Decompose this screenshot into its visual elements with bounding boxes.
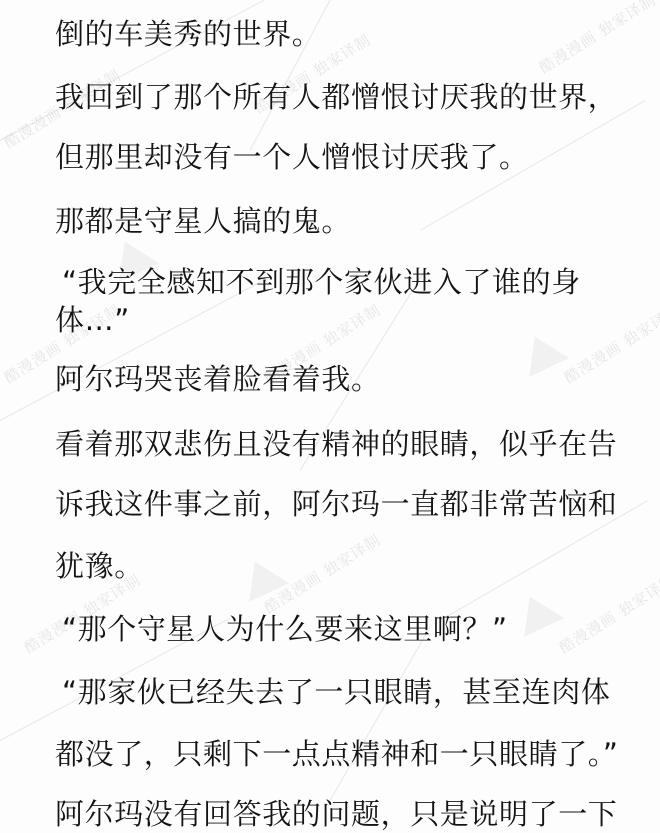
watermark-text: 酷漫漫画 独家译制 [555,569,660,658]
document-page: 酷漫漫画 独家译制 酷漫漫画 独家译制 酷漫漫画 独家译制 酷漫漫画 独家译制 … [0,0,660,833]
paragraph-line: 倒的车美秀的世界。 [55,17,321,51]
paragraph-line: 阿尔玛哭丧着脸看着我。 [55,362,381,396]
paragraph-line: 犹豫。 [55,549,144,583]
watermark-stroke [0,279,265,421]
dialogue-line: “我完全感知不到那个家伙进入了谁的身 [62,265,581,299]
watermark-stroke [330,627,431,801]
watermark-logo-icon [510,587,564,636]
watermark-text: 酷漫漫画 独家译制 [260,529,385,618]
watermark-logo-icon [235,552,289,601]
watermark-text: 酷漫漫画 独家译制 [535,0,660,78]
paragraph-line: 诉我这件事之前，阿尔玛一直都非常苦恼和 [55,487,617,521]
dialogue-line: 都没了，只剩下一点点精神和一只眼睛了。” [55,737,619,771]
paragraph-line: 我回到了那个所有人都憎恨讨厌我的世界， [55,80,617,114]
paragraph-line: 看着那双悲伤且没有精神的眼睛，似乎在告 [55,427,617,461]
paragraph-line: 但那里却没有一个人憎恨讨厌我了。 [55,140,529,174]
paragraph-line: 阿尔玛没有回答我的问题，只是说明了一下 [55,797,617,831]
watermark-text: 酷漫漫画 独家译制 [560,299,660,388]
dialogue-line: “那家伙已经失去了一只眼睛，甚至连肉体 [62,675,610,709]
paragraph-line: 那都是守星人搞的鬼。 [55,204,351,238]
dialogue-line: 体…” [55,303,130,337]
watermark-logo-icon [515,327,569,376]
dialogue-line: “那个守星人为什么要来这里啊？” [62,612,508,646]
